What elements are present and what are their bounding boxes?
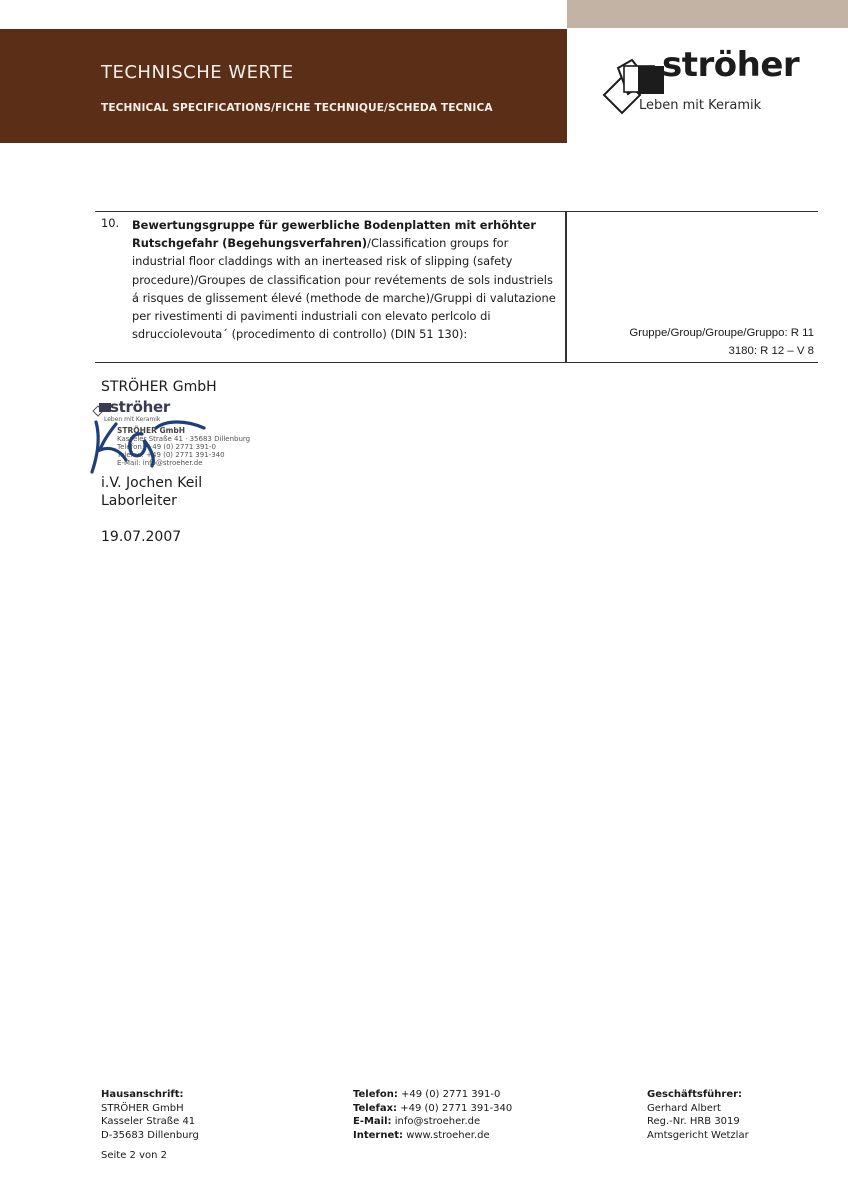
document-date: 19.07.2007: [101, 529, 181, 545]
logo-wordmark: ströher: [662, 45, 799, 85]
footer-fax: Telefax: +49 (0) 2771 391-340: [353, 1102, 512, 1116]
logo-tagline: Leben mit Keramik: [639, 98, 761, 113]
handwritten-signature: [86, 414, 206, 476]
company-logo: ströher Leben mit Keramik: [598, 54, 820, 120]
spec-description: Bewertungsgruppe für gewerbliche Bodenpl…: [132, 216, 562, 343]
page-number: Seite 2 von 2: [101, 1150, 167, 1161]
footer-email[interactable]: E-Mail: info@stroeher.de: [353, 1115, 512, 1129]
footer-management: Geschäftsführer: Gerhard Albert Reg.-Nr.…: [647, 1088, 749, 1142]
signer-name: i.V. Jochen Keil: [101, 474, 202, 492]
company-name: STRÖHER GmbH: [101, 379, 217, 395]
footer-address: Hausanschrift: STRÖHER GmbH Kasseler Str…: [101, 1088, 199, 1142]
footer-phone: Telefon: +49 (0) 2771 391-0: [353, 1088, 512, 1102]
table-divider: [565, 211, 567, 362]
page-subtitle: TECHNICAL SPECIFICATIONS/FICHE TECHNIQUE…: [101, 102, 493, 114]
spec-value-group: Gruppe/Group/Groupe/Gruppo: R 11: [629, 327, 814, 339]
company-stamp: ströher Leben mit Keramik STRÖHER GmbH K…: [92, 398, 260, 478]
spec-number: 10.: [101, 216, 119, 230]
header-band: [0, 29, 567, 143]
spec-value-article: 3180: R 12 – V 8: [729, 345, 815, 357]
page-title: TECHNISCHE WERTE: [101, 62, 294, 83]
spec-translations: /Classification groups for industrial fl…: [132, 236, 556, 341]
header-accent-bar: [567, 0, 848, 28]
footer-contact: Telefon: +49 (0) 2771 391-0 Telefax: +49…: [353, 1088, 512, 1142]
footer-website[interactable]: Internet: www.stroeher.de: [353, 1129, 512, 1143]
signatory: i.V. Jochen Keil Laborleiter: [101, 474, 202, 510]
signer-role: Laborleiter: [101, 492, 202, 510]
